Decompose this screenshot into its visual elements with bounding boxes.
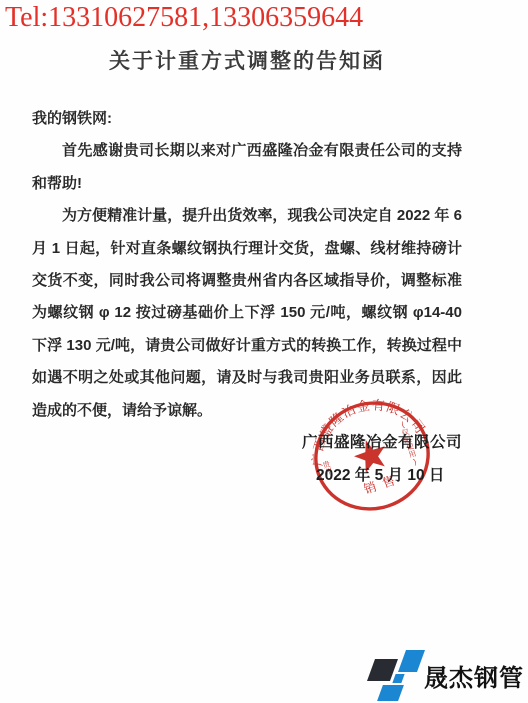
salutation: 我的钢铁网: <box>32 103 462 135</box>
logo-text: 晟杰钢管 <box>424 658 524 693</box>
letter-body: 我的钢铁网: 首先感谢贵司长期以来对广西盛隆冶金有限责任公司的支持和帮助! 为方… <box>32 103 462 427</box>
logo-tile-blue-top <box>398 650 425 672</box>
paragraph-1: 首先感谢贵司长期以来对广西盛隆冶金有限责任公司的支持和帮助! <box>32 135 462 200</box>
signature-company: 广西盛隆冶金有限公司 <box>302 430 462 452</box>
paragraph-2: 为方便精准计量，提升出货效率，现我公司决定自 2022 年 6 月 1 日起，针… <box>32 200 462 427</box>
letter-title: 关于计重方式调整的告知函 <box>30 45 464 75</box>
signature-date: 2022 年 5 月 10 日 <box>316 463 444 485</box>
logo-tile-blue-mid <box>392 674 404 683</box>
tel-header: Tel:13310627581,13306359644 <box>5 2 363 34</box>
company-seal-stamp: 广西盛隆冶金有限公司 销售 (仅限使用) 贵州 <box>308 398 438 516</box>
logo-tile-blue-bottom <box>377 685 404 701</box>
scanned-letter-page: Tel:13310627581,13306359644 关于计重方式调整的告知函… <box>0 0 528 703</box>
